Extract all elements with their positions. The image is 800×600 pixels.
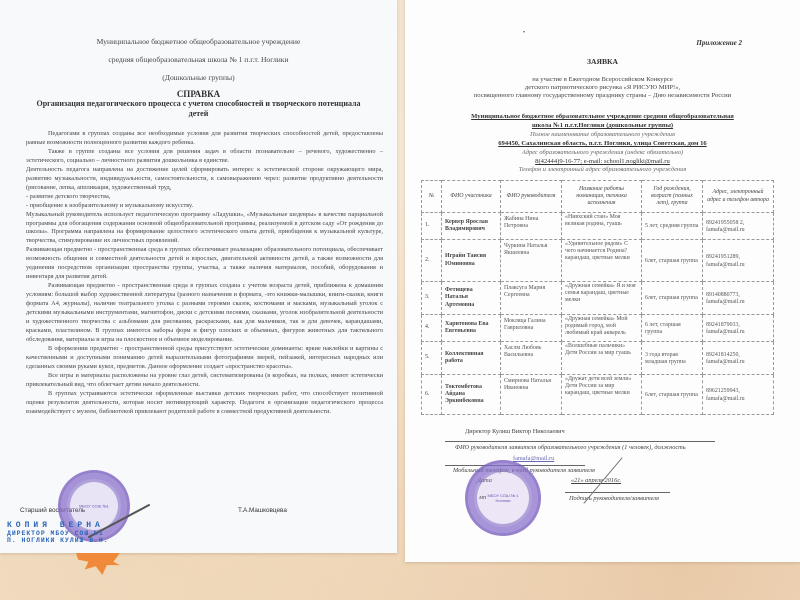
- cell-num: 5.: [422, 342, 442, 375]
- cell-work: «Удивительное рядом» С чего начинается Р…: [562, 240, 642, 282]
- cell-num: 1.: [422, 213, 442, 240]
- body-paragraph: Развивающая предметно - пространственная…: [26, 246, 383, 282]
- org-name-line1: Муниципальное бюджетное образовательное …: [405, 113, 800, 120]
- body-paragraph: Все игры и материалы расположены на уров…: [26, 372, 383, 390]
- org-name-line2: школа №1 п.г.т.Ноглики (дошкольные групп…: [405, 122, 800, 129]
- cell-age: 6лет, старшая группа: [642, 375, 703, 415]
- org-address: 694450, Сахалинская область, п.г.т. Ногл…: [405, 140, 800, 147]
- cell-leader: Плаксуга Мария Сергеевна: [501, 282, 562, 315]
- school-name-line2: средняя общеобразовательная школа № 1 п.…: [0, 55, 397, 64]
- header-age: Год рождения, возраст (полных лет), груп…: [642, 181, 703, 213]
- cell-participant: Фетищева Наталья Артемовна: [442, 282, 501, 315]
- cell-leader: Хаслм Любовь Васильевна: [501, 342, 562, 375]
- seal-text: МБОУ СОШ №1: [79, 504, 109, 509]
- cell-participant: Харитонова Ева Евгеньевна: [442, 315, 501, 342]
- body-paragraph: В оформлении предметно - пространственно…: [26, 345, 383, 372]
- copy-certified-stamp: КОПИЯ ВЕРНА ДИРЕКТОР МБОУ СОШ №1 П. НОГЛ…: [7, 522, 109, 545]
- director-caption: ФИО руководителя заявителя образовательн…: [455, 444, 686, 451]
- cell-age: 3 года вторая младшая группа: [642, 342, 703, 375]
- cell-participant: Токтомбетова Айдана Эркинбековна: [442, 375, 501, 415]
- body-paragraph: Педагогами в группах созданы все необход…: [26, 130, 383, 148]
- cell-age: 6 лет, старшая группа: [642, 315, 703, 342]
- body-paragraph: - приобщение к изобразительному и музыка…: [26, 202, 383, 211]
- body-paragraph: Музыкальный руководитель использует педа…: [26, 211, 383, 247]
- document-subtitle: Организация педагогического процесса с у…: [4, 99, 393, 119]
- body-paragraph: Развивающая предметно - пространственная…: [26, 282, 383, 345]
- table-row: 5.Коллективная работаХаслм Любовь Василь…: [422, 342, 774, 375]
- appendix-label: Приложение 2: [696, 39, 742, 47]
- table-row: 2.Играйн Таисия ЮминовнаЧуркина Наталья …: [422, 240, 774, 282]
- cell-contact: 89241814250, famafa@mail.ru: [703, 342, 774, 375]
- signature-name: Т.А.Машковцева: [238, 507, 287, 514]
- intro-line2: детского патриотического рисунка «Я РИСУ…: [405, 84, 800, 91]
- body-paragraph: Деятельность педагога направлена на дост…: [26, 166, 383, 193]
- cell-work: «Волшебные пальчики» Дети России за мир …: [562, 342, 642, 375]
- org-contacts: 8(42444)9-16-77; e-mail: school1.nogliki…: [405, 158, 800, 165]
- round-seal-right: МБОУ СОШ № 1 Ноглики: [465, 460, 541, 536]
- cell-work: «Дружная семейка» Мой родимый город, мой…: [562, 315, 642, 342]
- signature-caption: Подпись руководителя/заявителя: [569, 495, 659, 502]
- body-paragraph: Также в группе созданы все условия для р…: [26, 148, 383, 166]
- cell-age: 6лет, старшая группа: [642, 282, 703, 315]
- table-row: 1.Кервер Ярослав ВладимировичЖабина Нина…: [422, 213, 774, 240]
- contacts-caption: Телефон и электронный адрес образователь…: [405, 166, 800, 173]
- address-caption: Адрес образовательного учреждения (индек…: [405, 149, 800, 156]
- school-name-line1: Муниципальное бюджетное общеобразователь…: [0, 37, 397, 46]
- header-work: Название работы номинация, техника испол…: [562, 181, 642, 213]
- cell-contact: 89140880773, famafa@mail.ru: [703, 282, 774, 315]
- intro-line1: на участие в Ежегодном Всероссийском Кон…: [405, 76, 800, 83]
- table-row: 4.Харитонова Ева ЕвгеньевнаМокляца Галин…: [422, 315, 774, 342]
- cell-contact: 89241951289, famafa@mail.ru: [703, 240, 774, 282]
- cell-leader: Жабина Нина Петровна: [501, 213, 562, 240]
- application-title: ЗАЯВКА: [405, 57, 800, 66]
- seal-text-right: МБОУ СОШ № 1 Ноглики: [486, 493, 521, 503]
- stamp-line3: П. НОГЛИКИ КУЛИШ В.Н.: [7, 537, 109, 545]
- cell-participant: Коллективная работа: [442, 342, 501, 375]
- director-underline: [445, 441, 715, 442]
- header-contact: Адрес, электронный адрес и телефон автор…: [703, 181, 774, 213]
- body-paragraph: - развитие детского творчества,: [26, 193, 383, 202]
- table-row: 6.Токтомбетова Айдана ЭркинбековнаСмирно…: [422, 375, 774, 415]
- header-number: №: [422, 181, 442, 213]
- cell-age: 5 лет, средняя группа: [642, 213, 703, 240]
- cell-leader: Чуркина Наталья Якшеевна: [501, 240, 562, 282]
- table-row: 3.Фетищева Наталья АртемовнаПлаксуга Мар…: [422, 282, 774, 315]
- stamp-line2: ДИРЕКТОР МБОУ СОШ №1: [7, 530, 109, 538]
- subtitle-line1: Организация педагогического процесса с у…: [4, 99, 393, 109]
- cell-participant: Кервер Ярослав Владимирович: [442, 213, 501, 240]
- cell-num: 2.: [422, 240, 442, 282]
- left-document-certificate: Муниципальное бюджетное общеобразователь…: [0, 0, 397, 553]
- stamp-line1: КОПИЯ ВЕРНА: [7, 522, 109, 530]
- org-name-caption: Полное наименование образовательного учр…: [405, 131, 800, 138]
- director-line: Директор Кулиш Виктор Николаевич: [465, 428, 565, 435]
- cell-contact: 89241879033, famafa@mail.ru: [703, 315, 774, 342]
- ink-dot: •: [523, 30, 525, 36]
- cell-contact: 89621259943, famafa@mail.ru: [703, 375, 774, 415]
- right-document-application: • Приложение 2 ЗАЯВКА на участие в Ежего…: [405, 0, 800, 562]
- document-body: Педагогами в группах созданы все необход…: [26, 130, 383, 417]
- cell-contact: 89241955058 2, famafa@mail.ru: [703, 213, 774, 240]
- director-email: famafa@mail.ru: [513, 455, 554, 462]
- cell-num: 6.: [422, 375, 442, 415]
- table-header-row: № ФИО участника ФИО руководителя Названи…: [422, 181, 774, 213]
- cell-leader: Мокляца Галина Гавриловна: [501, 315, 562, 342]
- cell-work: «Нивхский стан» Моя великая родина, гуаш…: [562, 213, 642, 240]
- header-leader: ФИО руководителя: [501, 181, 562, 213]
- cell-age: 6лет, старшая группа: [642, 240, 703, 282]
- cell-num: 3.: [422, 282, 442, 315]
- maple-leaf-decoration: [76, 553, 120, 575]
- intro-line3: посвященного главному государственному п…: [405, 92, 800, 99]
- cell-work: «Дружат дети всей земли» Дети России за …: [562, 375, 642, 415]
- cell-leader: Смирнова Наталья Ивановна: [501, 375, 562, 415]
- date-value: «21» апреля 2016г.: [571, 477, 621, 484]
- header-participant: ФИО участника: [442, 181, 501, 213]
- school-name-line3: (Дошкольные группы): [0, 73, 397, 82]
- cell-work: «Дружная семейка» Я и моя семья карандаш…: [562, 282, 642, 315]
- cell-num: 4.: [422, 315, 442, 342]
- participants-table: № ФИО участника ФИО руководителя Названи…: [421, 180, 774, 415]
- cell-participant: Играйн Таисия Юминовна: [442, 240, 501, 282]
- subtitle-line2: детей: [4, 109, 393, 119]
- signature-underline: [565, 492, 670, 493]
- body-paragraph: В группах устраиваются эстетически оформ…: [26, 390, 383, 417]
- document-title: СПРАВКА: [0, 89, 397, 99]
